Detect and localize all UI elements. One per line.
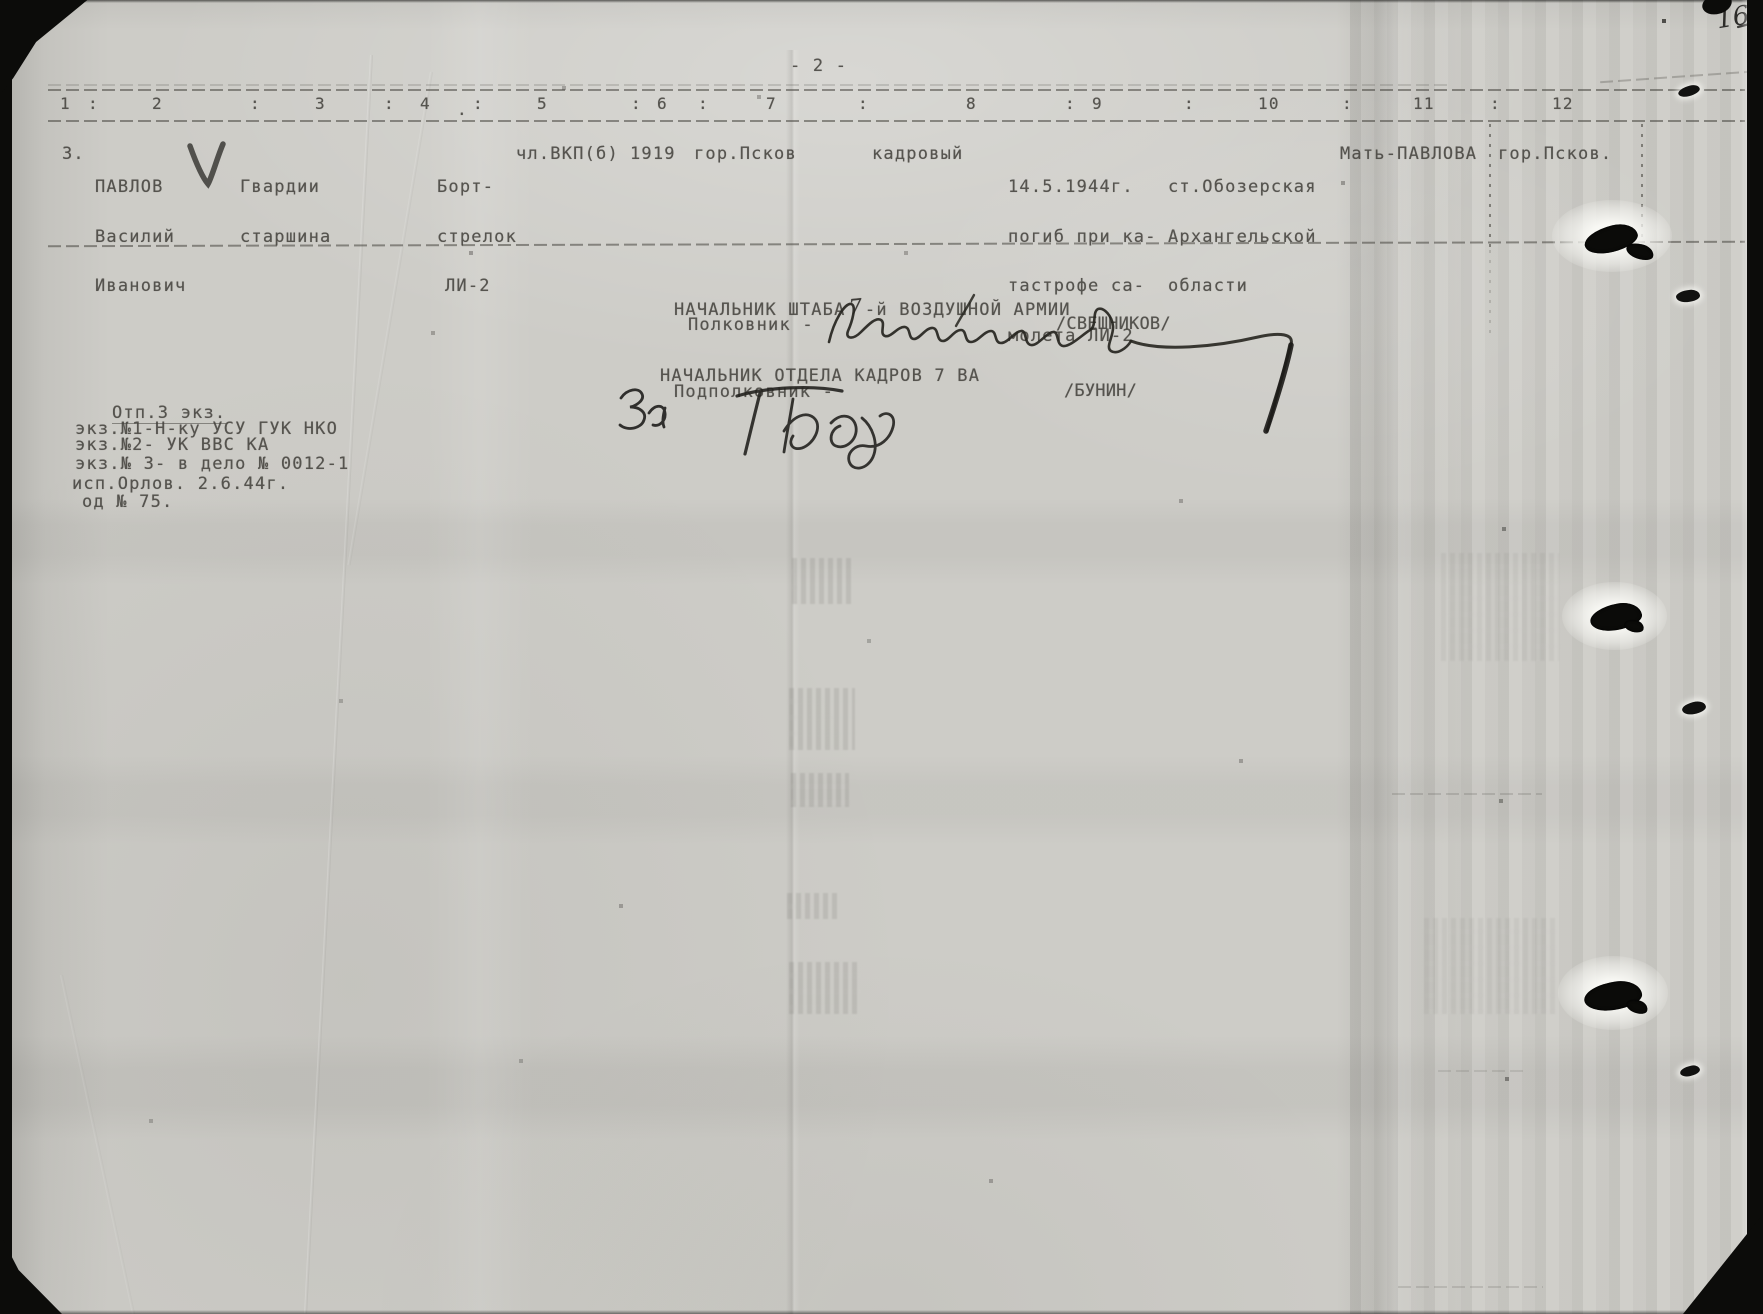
scan-edge-bottom <box>0 1310 1763 1314</box>
torn-hole <box>1572 592 1657 640</box>
torn-hole <box>1562 210 1662 262</box>
scan-edge-top <box>85 0 1763 3</box>
scan-edge-right <box>1747 0 1763 1314</box>
page-edge-highlight <box>1741 0 1747 1314</box>
checkmark-annotation <box>190 144 223 184</box>
signature1-autograph <box>829 304 1131 352</box>
pen-slash <box>956 295 974 326</box>
signature1-flourish <box>1131 334 1291 431</box>
handwriting-layer: 16 <box>0 0 1763 1314</box>
signature1-flourish-bold <box>1266 345 1291 431</box>
signature2-autograph <box>737 388 894 469</box>
torn-hole <box>1568 966 1658 1020</box>
scan-edge-left <box>0 0 12 1314</box>
scanned-document: - 2 - 1 2 3 4 5 6 7 8 9 10 11 12 : : : :… <box>0 0 1763 1314</box>
handwritten-za <box>620 390 665 429</box>
